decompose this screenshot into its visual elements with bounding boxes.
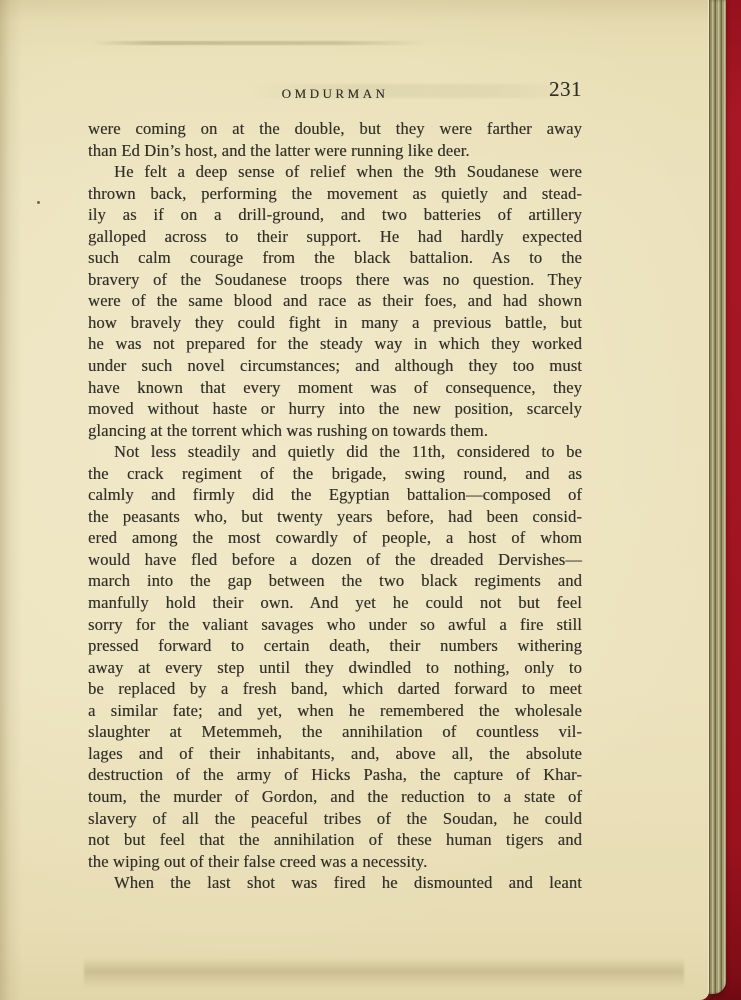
text-line: slavery of all the peaceful tribes of th…: [88, 808, 582, 830]
text-line: calmly and firmly did the Egyptian batta…: [88, 484, 582, 506]
text-line: bravery of the Soudanese troops there wa…: [88, 269, 582, 291]
text-line: he was not prepared for the steady way i…: [88, 333, 582, 355]
text-line: were coming on at the double, but they w…: [88, 118, 582, 140]
ink-speck: [37, 201, 40, 204]
text-line: When the last shot was fired he dismount…: [88, 872, 582, 894]
page-bottom-shadow: [84, 958, 684, 988]
page-body-text: were coming on at the double, but they w…: [88, 118, 582, 894]
book-page: OMDURMAN 231 were coming on at the doubl…: [0, 0, 709, 1000]
text-line: slaughter at Metemmeh, the annihilation …: [88, 721, 582, 743]
text-line: away at every step until they dwindled t…: [88, 657, 582, 679]
text-line: glancing at the torrent which was rushin…: [88, 420, 582, 442]
text-line: were of the same blood and race as their…: [88, 290, 582, 312]
text-line: ily as if on a drill-ground, and two bat…: [88, 204, 582, 226]
text-line: would have fled before a dozen of the dr…: [88, 549, 582, 571]
paper-crease: [92, 41, 428, 45]
text-line: lages and of their inhabitants, and, abo…: [88, 743, 582, 765]
running-title: OMDURMAN: [88, 86, 582, 102]
text-line: pressed forward to certain death, their …: [88, 635, 582, 657]
page-header: OMDURMAN 231: [88, 80, 582, 106]
text-line: sorry for the valiant savages who under …: [88, 614, 582, 636]
text-line: manfully hold their own. And yet he coul…: [88, 592, 582, 614]
text-line: than Ed Din’s host, and the latter were …: [88, 140, 582, 162]
text-line: be replaced by a fresh band, which darte…: [88, 678, 582, 700]
text-line: such calm courage from the black battali…: [88, 247, 582, 269]
text-line: destruction of the army of Hicks Pasha, …: [88, 764, 582, 786]
text-line: Not less steadily and quietly did the 11…: [88, 441, 582, 463]
text-line: toum, the murder of Gordon, and the redu…: [88, 786, 582, 808]
text-line: the crack regiment of the brigade, swing…: [88, 463, 582, 485]
text-line: thrown back, performing the movement as …: [88, 183, 582, 205]
text-line: moved without haste or hurry into the ne…: [88, 398, 582, 420]
text-line: the wiping out of their false creed was …: [88, 851, 582, 873]
text-line: how bravely they could fight in many a p…: [88, 312, 582, 334]
page-number: 231: [549, 77, 582, 102]
stacked-page-edges: [706, 0, 726, 994]
text-line: He felt a deep sense of relief when the …: [88, 161, 582, 183]
book-photo: OMDURMAN 231 were coming on at the doubl…: [0, 0, 741, 1000]
text-line: under such novel circumstances; and alth…: [88, 355, 582, 377]
text-line: a similar fate; and yet, when he remembe…: [88, 700, 582, 722]
text-line: not but feel that the annihilation of th…: [88, 829, 582, 851]
text-line: march into the gap between the two black…: [88, 570, 582, 592]
text-line: have known that every moment was of cons…: [88, 377, 582, 399]
text-line: galloped across to their support. He had…: [88, 226, 582, 248]
text-line: ered among the most cowardly of people, …: [88, 527, 582, 549]
text-line: the peasants who, but twenty years befor…: [88, 506, 582, 528]
